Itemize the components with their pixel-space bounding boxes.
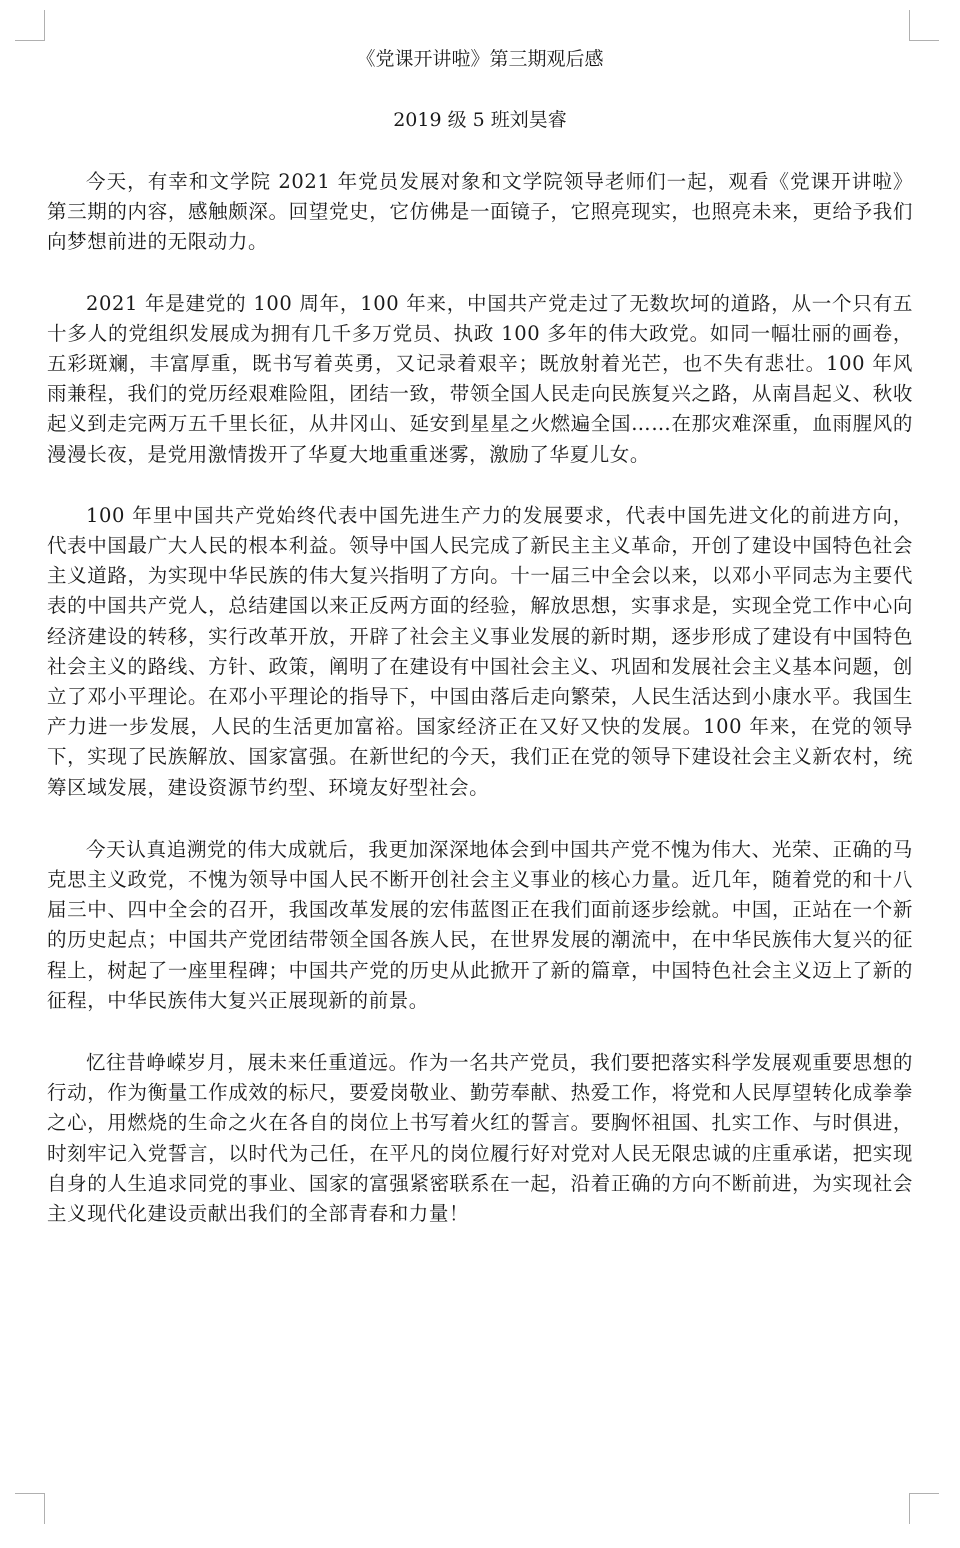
- paragraph-5: 忆往昔峥嵘岁月，展未来任重道远。作为一名共产党员，我们要把落实科学发展观重要思想…: [47, 1048, 913, 1229]
- paragraph-3: 100 年里中国共产党始终代表中国先进生产力的发展要求，代表中国先进文化的前进方…: [47, 501, 913, 803]
- page-corner-mark-top-left: [15, 10, 45, 41]
- document-title: 《党课开讲啦》第三期观后感: [47, 44, 913, 74]
- document-author: 2019 级 5 班刘昊睿: [47, 105, 913, 135]
- paragraph-4: 今天认真追溯党的伟大成就后，我更加深深地体会到中国共产党不愧为伟大、光荣、正确的…: [47, 835, 913, 1016]
- paragraph-2: 2021 年是建党的 100 周年，100 年来，中国共产党走过了无数坎坷的道路…: [47, 289, 913, 470]
- paragraph-1: 今天，有幸和文学院 2021 年党员发展对象和文学院领导老师们一起，观看《党课开…: [47, 167, 913, 258]
- page-corner-mark-bottom-right: [909, 1493, 939, 1524]
- document-page: 《党课开讲啦》第三期观后感 2019 级 5 班刘昊睿 今天，有幸和文学院 20…: [47, 44, 913, 1229]
- page-corner-mark-bottom-left: [15, 1493, 45, 1524]
- page-corner-mark-top-right: [909, 10, 939, 41]
